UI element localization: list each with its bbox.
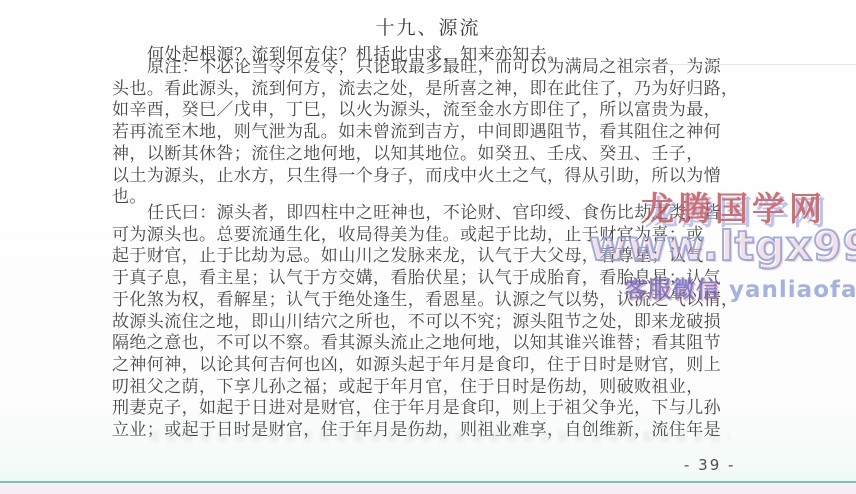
bleed-through-ghost-text [150,431,730,442]
text-line: 于化煞为权，看解星；认气于绝处逢生，看恩星。认源之气以势，认流之气以情， [112,290,812,312]
text-line: 任氏曰：源头者，即四柱中之旺神也，不论财、官印绶、食伤比劫之类，皆 [112,203,812,225]
text-line: 叨祖父之荫，下享儿孙之福；或起于年月官，住于日时是伤劫，则破败祖业， [112,377,812,399]
paragraph-ren-commentary: 任氏曰：源头者，即四柱中之旺神也，不论财、官印绶、食伤比劫之类，皆可为源头也。总… [112,203,812,442]
text-line: 起于财官，止于比劫为忌。如山川之发脉来龙，认气于大父母，看尊星；认气 [112,246,812,268]
text-line: 故源头流住之地，即山川结穴之所也，不可以不究；源头阻节之处，即来龙破损 [112,312,812,334]
text-line: 刑妻克子，如起于日进对是财官，住于年月是食印，则上于祖父争光，下与儿孙 [112,398,812,420]
chapter-title: 十九、源流 [0,13,856,40]
text-line: 隔绝之意也，不可以不察。看其源头流止之地何地，以知其谁兴谁替；看其阻节 [112,333,812,355]
text-line: 如辛酉，癸巳／戊申，丁巳，以火为源头，流至金水方即住了，所以富贵为最， [112,100,812,122]
footer-strip [0,483,856,494]
text-line: 于真子息，看主星；认气于方交媾，看胎伏星；认气于成胎育，看胎息星；认气 [112,268,812,290]
text-line: 之神何神，以论其何吉何也凶，如源头起于年月是食印，住于日时是财官，则上 [112,355,812,377]
text-line: 头也。看此源头，流到何方，流去之处，是所喜之神，即在此住了，乃为好归路， [112,79,812,101]
text-line: 若再流至木地，则气泄为乱。如未曾流到吉方，中间即遇阻节，看其阻住之神何 [112,122,812,144]
text-line: 以土为源头，止水方，只生得一个身子，而戌中火土之气，得从引助，所以为憎 [112,166,812,188]
text-line: 神，以断其休咎；流住之地何地，以知其地位。如癸丑、壬戌、癸丑、壬子， [112,144,812,166]
paragraph-original-note: 原注：不必论当令不发令，只论取最多最旺，而可以为满局之祖宗者，为源头也。看此源头… [112,57,812,209]
text-line: 原注：不必论当令不发令，只论取最多最旺，而可以为满局之祖宗者，为源 [112,57,812,79]
scanned-document-page: 十九、源流 何处起根源？流到何方住？机括此中求，知来亦知去。 原注：不必论当令不… [0,0,856,494]
scan-artifact-line [648,64,856,65]
page-number: - 39 - [684,456,735,474]
text-line: 可为源头也。总要流通生化，收局得美为佳。或起于比劫，止于财官为喜；或 [112,225,812,247]
